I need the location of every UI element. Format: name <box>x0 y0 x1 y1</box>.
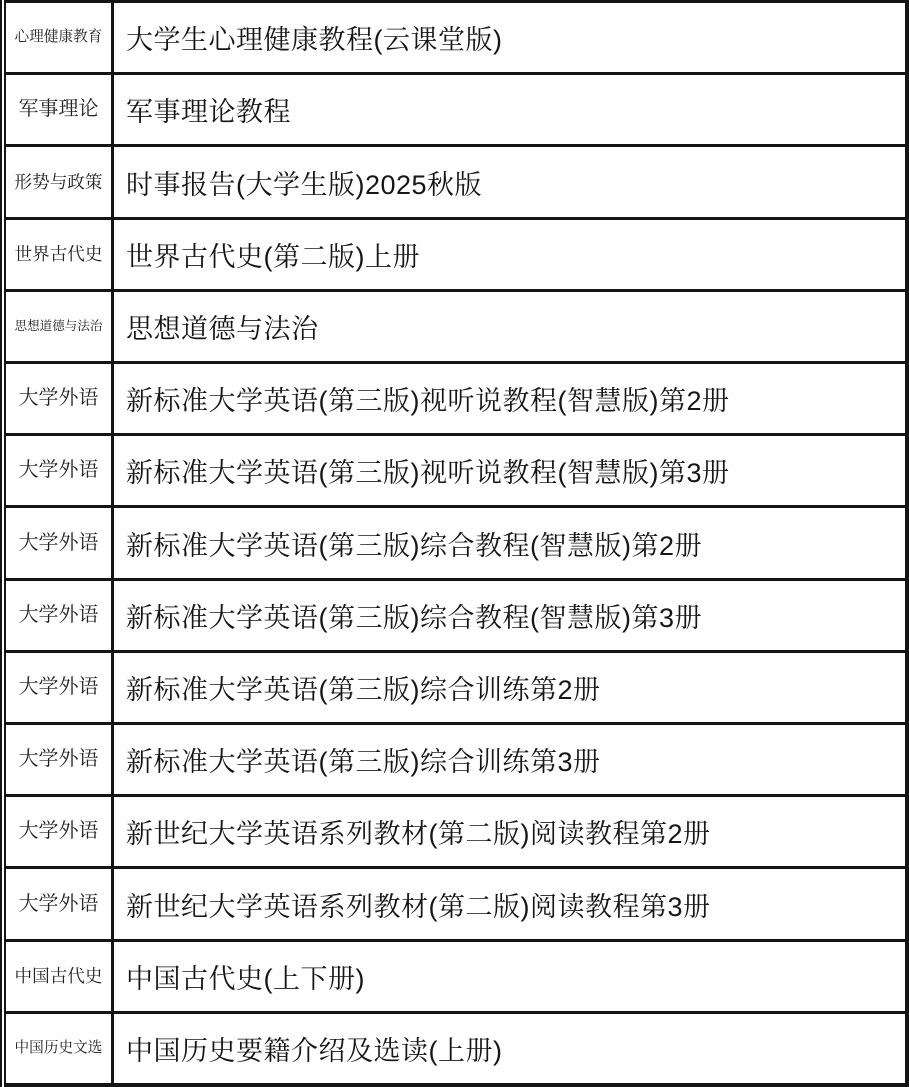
category-label: 大学外语 <box>19 748 99 771</box>
title-label: 中国古代史(上下册) <box>126 957 365 996</box>
category-label: 中国历史文选 <box>15 1040 103 1057</box>
category-label: 大学外语 <box>19 387 99 410</box>
category-cell: 大学外语 <box>6 581 114 650</box>
category-cell: 大学外语 <box>6 508 114 577</box>
table-row: 中国历史文选 中国历史要籍介绍及选读(上册) <box>6 1014 905 1083</box>
category-cell: 中国历史文选 <box>6 1014 114 1083</box>
title-label: 大学生心理健康教程(云课堂版) <box>126 18 502 57</box>
table-row: 心理健康教育 大学生心理健康教程(云课堂版) <box>6 3 905 75</box>
title-cell: 中国古代史(上下册) <box>114 942 905 1011</box>
title-label: 军事理论教程 <box>126 90 291 129</box>
title-cell: 新标准大学英语(第三版)综合训练第2册 <box>114 653 905 722</box>
category-cell: 军事理论 <box>6 75 114 144</box>
title-cell: 大学生心理健康教程(云课堂版) <box>114 3 905 72</box>
title-label: 新标准大学英语(第三版)视听说教程(智慧版)第3册 <box>126 451 729 490</box>
category-label: 大学外语 <box>19 893 99 916</box>
category-label: 大学外语 <box>19 676 99 699</box>
title-cell: 新标准大学英语(第三版)视听说教程(智慧版)第3册 <box>114 436 905 505</box>
title-label: 新标准大学英语(第三版)综合训练第3册 <box>126 740 601 779</box>
category-label: 大学外语 <box>19 820 99 843</box>
table-row: 军事理论 军事理论教程 <box>6 75 905 147</box>
title-cell: 新世纪大学英语系列教材(第二版)阅读教程第2册 <box>114 797 905 866</box>
category-label: 大学外语 <box>19 604 99 627</box>
table-row: 大学外语 新标准大学英语(第三版)综合训练第3册 <box>6 725 905 797</box>
category-label: 军事理论 <box>19 98 99 121</box>
category-cell: 大学外语 <box>6 797 114 866</box>
category-label: 心理健康教育 <box>15 29 103 46</box>
title-label: 新标准大学英语(第三版)综合教程(智慧版)第2册 <box>126 524 702 563</box>
title-label: 世界古代史(第二版)上册 <box>126 235 420 274</box>
title-cell: 军事理论教程 <box>114 75 905 144</box>
table-row: 大学外语 新标准大学英语(第三版)综合教程(智慧版)第2册 <box>6 508 905 580</box>
title-label: 思想道德与法治 <box>126 307 319 346</box>
title-cell: 新标准大学英语(第三版)综合教程(智慧版)第2册 <box>114 508 905 577</box>
category-label: 大学外语 <box>19 532 99 555</box>
category-cell: 思想道德与法治 <box>6 292 114 361</box>
table-row: 大学外语 新标准大学英语(第三版)视听说教程(智慧版)第2册 <box>6 364 905 436</box>
category-label: 形势与政策 <box>15 172 103 192</box>
table-row: 大学外语 新世纪大学英语系列教材(第二版)阅读教程第2册 <box>6 797 905 869</box>
title-cell: 时事报告(大学生版)2025秋版 <box>114 147 905 216</box>
title-label: 时事报告(大学生版)2025秋版 <box>126 163 482 202</box>
table-row: 形势与政策 时事报告(大学生版)2025秋版 <box>6 147 905 219</box>
table-row: 大学外语 新标准大学英语(第三版)视听说教程(智慧版)第3册 <box>6 436 905 508</box>
title-label: 中国历史要籍介绍及选读(上册) <box>126 1029 502 1068</box>
screenshot-root: { "table": { "columns": ["课程", "教材"], "c… <box>0 0 909 1087</box>
table-row: 大学外语 新标准大学英语(第三版)综合训练第2册 <box>6 653 905 725</box>
category-cell: 中国古代史 <box>6 942 114 1011</box>
category-cell: 大学外语 <box>6 436 114 505</box>
category-cell: 大学外语 <box>6 364 114 433</box>
category-cell: 心理健康教育 <box>6 3 114 72</box>
title-label: 新世纪大学英语系列教材(第二版)阅读教程第3册 <box>126 885 711 924</box>
category-label: 世界古代史 <box>15 244 103 264</box>
title-cell: 新标准大学英语(第三版)综合教程(智慧版)第3册 <box>114 581 905 650</box>
title-cell: 新标准大学英语(第三版)视听说教程(智慧版)第2册 <box>114 364 905 433</box>
category-cell: 大学外语 <box>6 653 114 722</box>
title-cell: 思想道德与法治 <box>114 292 905 361</box>
title-label: 新标准大学英语(第三版)综合教程(智慧版)第3册 <box>126 596 702 635</box>
category-cell: 大学外语 <box>6 725 114 794</box>
title-cell: 世界古代史(第二版)上册 <box>114 220 905 289</box>
table-row: 世界古代史 世界古代史(第二版)上册 <box>6 220 905 292</box>
title-cell: 新世纪大学英语系列教材(第二版)阅读教程第3册 <box>114 869 905 938</box>
category-cell: 大学外语 <box>6 869 114 938</box>
title-label: 新标准大学英语(第三版)综合训练第2册 <box>126 668 601 707</box>
category-label: 大学外语 <box>19 459 99 482</box>
category-cell: 形势与政策 <box>6 147 114 216</box>
title-label: 新世纪大学英语系列教材(第二版)阅读教程第2册 <box>126 812 711 851</box>
title-label: 新标准大学英语(第三版)视听说教程(智慧版)第2册 <box>126 379 729 418</box>
cropped-adjacent-column-border <box>0 0 2 1087</box>
title-cell: 新标准大学英语(第三版)综合训练第3册 <box>114 725 905 794</box>
textbook-table: 心理健康教育 大学生心理健康教程(云课堂版) 军事理论 军事理论教程 形势与政策… <box>4 0 909 1087</box>
title-cell: 中国历史要籍介绍及选读(上册) <box>114 1014 905 1083</box>
table-row: 思想道德与法治 思想道德与法治 <box>6 292 905 364</box>
table-row: 中国古代史 中国古代史(上下册) <box>6 942 905 1014</box>
category-label: 中国古代史 <box>15 966 103 986</box>
table-row: 大学外语 新标准大学英语(第三版)综合教程(智慧版)第3册 <box>6 581 905 653</box>
category-label: 思想道德与法治 <box>15 319 103 333</box>
category-cell: 世界古代史 <box>6 220 114 289</box>
table-row: 大学外语 新世纪大学英语系列教材(第二版)阅读教程第3册 <box>6 869 905 941</box>
